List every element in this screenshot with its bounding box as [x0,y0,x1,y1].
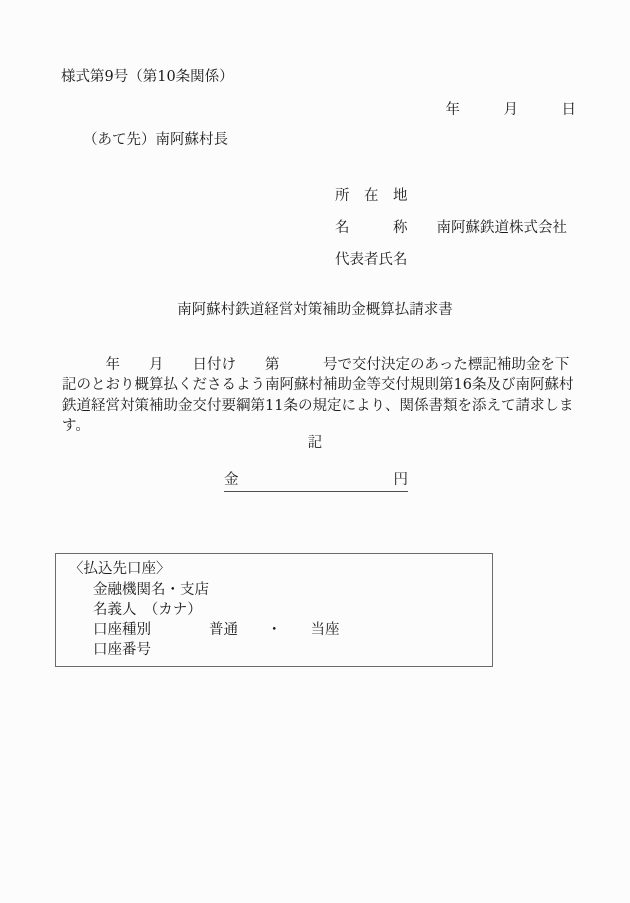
bank-account-box: 〈払込先口座〉 金融機関名・支店 名義人 （カナ） 口座種別 普通 ・ 当座 口… [55,553,493,667]
amount-line: 金 円 [224,472,408,492]
bank-row-account-number: 口座番号 [93,640,492,660]
request-paragraph: 年 月 日付け 第 号で交付決定のあった標記補助金を下記のとおり概算払くださるよ… [62,355,578,436]
bank-row-account-type: 口座種別 普通 ・ 当座 [93,620,492,640]
addressee-line: （あて先）南阿蘇村長 [83,132,228,149]
applicant-block: 所 在 地 名 称 南阿蘇鉄道株式会社 代表者氏名 [335,188,567,284]
bank-row-holder: 名義人 （カナ） [93,600,492,620]
applicant-representative-label: 代表者氏名 [335,252,567,268]
applicant-address-label: 所 在 地 [335,188,567,204]
document-page: 様式第9号（第10条関係） 年 月 日 （あて先）南阿蘇村長 所 在 地 名 称… [0,0,630,903]
form-number: 様式第9号（第10条関係） [61,69,234,86]
date-line: 年 月 日 [446,102,577,119]
bank-box-heading: 〈払込先口座〉 [69,559,492,580]
amount-suffix: 円 [394,472,409,488]
bank-row-institution: 金融機関名・支店 [93,580,492,600]
ki-marker: 記 [0,435,630,452]
amount-prefix: 金 [224,472,239,488]
applicant-name-line: 名 称 南阿蘇鉄道株式会社 [335,220,567,236]
document-title: 南阿蘇村鉄道経営対策補助金概算払請求書 [0,302,630,319]
